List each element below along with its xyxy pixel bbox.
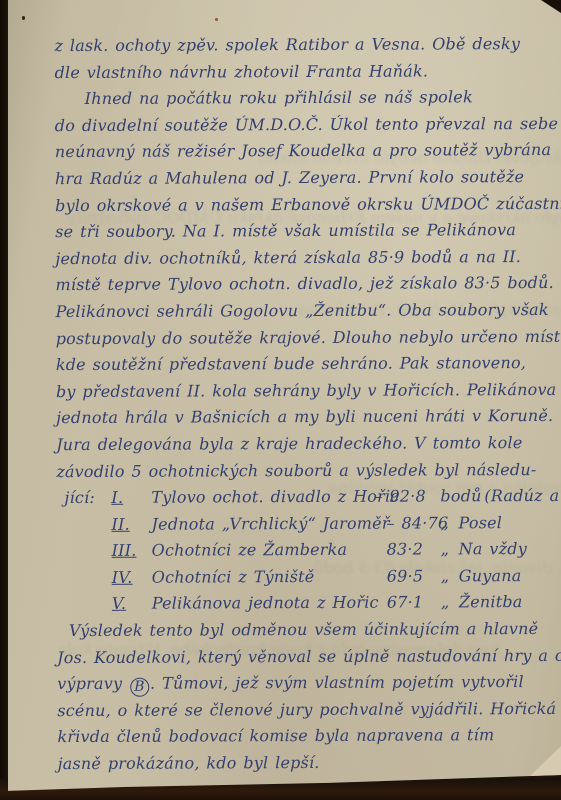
ensemble-name: Ochotníci ze Žamberka [152, 537, 348, 564]
results-row: V. Pelikánova jednota z Hořic 67·1 „ Žen… [57, 589, 561, 618]
hyphenated-word-end: jící: [64, 485, 95, 512]
handwritten-line: Pelikánovci sehráli Gogolovu „Ženitbu“. … [56, 297, 561, 326]
rank-numeral: II. [111, 511, 129, 538]
score-value: – 84·76 [386, 510, 448, 537]
results-row: III. Ochotníci ze Žamberka 83·2 „ Na vžd… [57, 536, 561, 565]
red-speck [215, 18, 218, 21]
score-value: – 92·8 [374, 484, 426, 511]
handwritten-line: do divadelní soutěže ÚM.D.O.Č. Úkol tent… [55, 111, 560, 140]
ditto-mark: „ [441, 537, 450, 564]
handwritten-line: místě teprve Tylovo ochotn. divadlo, jež… [55, 270, 560, 299]
results-row: jící: I. Tylovo ochot. divadlo z Hořic –… [56, 483, 561, 512]
ensemble-name: Jednota „Vrchlický“ Jaroměř [151, 510, 389, 538]
results-list: jící: I. Tylovo ochot. divadlo z Hořic –… [56, 483, 561, 618]
play-title: (Radúz a Mahulena [484, 483, 561, 510]
paper-page: postupovaly do soutěže krajové. Dlouho n… [8, 0, 561, 794]
paragraph-continuation: z lask. ochoty zpěv. spolek Ratibor a Ve… [54, 31, 559, 86]
paragraph-competition: Ihned na počátku roku přihlásil se náš s… [55, 84, 561, 485]
handwritten-line: Výsledek tento byl odměnou všem účinkují… [57, 616, 561, 645]
play-title: Na vždy [459, 536, 527, 563]
handwritten-line: dle vlastního návrhu zhotovil Franta Haň… [54, 57, 559, 86]
rank-numeral: III. [112, 538, 137, 565]
paragraph-award: Výsledek tento byl odměnou všem účinkují… [57, 616, 561, 671]
ensemble-name: Pelikánova jednota z Hořic [152, 590, 379, 618]
handwritten-line: Jura delegována byla z kraje hradeckého.… [56, 430, 561, 459]
circle-line-post: . Tůmovi, jež svým vlastním pojetím vytv… [150, 672, 524, 693]
ditto-mark: „ [441, 563, 450, 590]
score-unit: bodů [440, 483, 481, 510]
handwritten-line: jasně prokázáno, kdo byl lepší. [58, 749, 561, 778]
paragraph-closing: scénu, o které se členové jury pochvalně… [57, 696, 561, 778]
handwritten-line-circled-initial: výpravy B. Tůmovi, jež svým vlastním poj… [57, 669, 561, 698]
handwritten-line: z lask. ochoty zpěv. spolek Ratibor a Ve… [54, 31, 559, 60]
handwritten-line: jednota div. ochotníků, která získala 85… [55, 244, 560, 273]
circled-initial: B [130, 678, 149, 697]
score-value: 67·1 [387, 590, 424, 617]
rank-numeral: IV. [112, 565, 133, 592]
handwriting-block: z lask. ochoty zpěv. spolek Ratibor a Ve… [54, 31, 561, 778]
handwritten-line: křivda členů bodovací komise byla naprav… [57, 722, 561, 751]
results-row: II. Jednota „Vrchlický“ Jaroměř – 84·76 … [56, 510, 561, 539]
ink-speck [22, 16, 25, 20]
ditto-mark: „ [441, 590, 450, 617]
handwritten-line: jednota hrála v Bašnicích a my byli nuce… [56, 403, 561, 432]
handwritten-line: Jos. Koudelkovi, který věnoval se úplně … [57, 643, 561, 672]
corner-shadow [541, 0, 561, 13]
ditto-mark: „ [440, 510, 449, 537]
handwritten-line: postupovaly do soutěže krajové. Dlouho n… [56, 323, 561, 352]
results-row: IV. Ochotníci z Týniště 69·5 „ Guyana [57, 563, 561, 592]
handwritten-line: závodilo 5 ochotnických souborů a výsled… [56, 456, 561, 485]
handwritten-line: scénu, o které se členové jury pochvalně… [57, 696, 561, 725]
score-value: 69·5 [387, 563, 424, 590]
notebook-photo: postupovaly do soutěže krajové. Dlouho n… [0, 0, 561, 800]
ensemble-name: Tylovo ochot. divadlo z Hořic [151, 484, 399, 512]
play-title: Guyana [459, 563, 522, 590]
rank-numeral: V. [112, 591, 126, 618]
handwritten-line: bylo okrskové a v našem Erbanově okrsku … [55, 190, 560, 219]
rank-numeral: I. [111, 485, 123, 512]
play-title: Ženitba [459, 590, 523, 617]
handwritten-line: by představení II. kola sehrány byly v H… [56, 377, 561, 406]
handwritten-line: hra Radúz a Mahulena od J. Zeyera. První… [55, 164, 560, 193]
play-title: Posel [458, 510, 502, 537]
handwritten-line: kde soutěžní představení bude sehráno. P… [56, 350, 561, 379]
handwritten-line: se tři soubory. Na I. místě však umístil… [55, 217, 560, 246]
score-value: 83·2 [387, 537, 424, 564]
handwritten-line: neúnavný náš režisér Josef Koudelka a pr… [55, 137, 560, 166]
circle-line-pre: výpravy [57, 674, 129, 693]
ensemble-name: Ochotníci z Týniště [152, 564, 315, 591]
handwritten-line: Ihned na počátku roku přihlásil se náš s… [55, 84, 560, 113]
